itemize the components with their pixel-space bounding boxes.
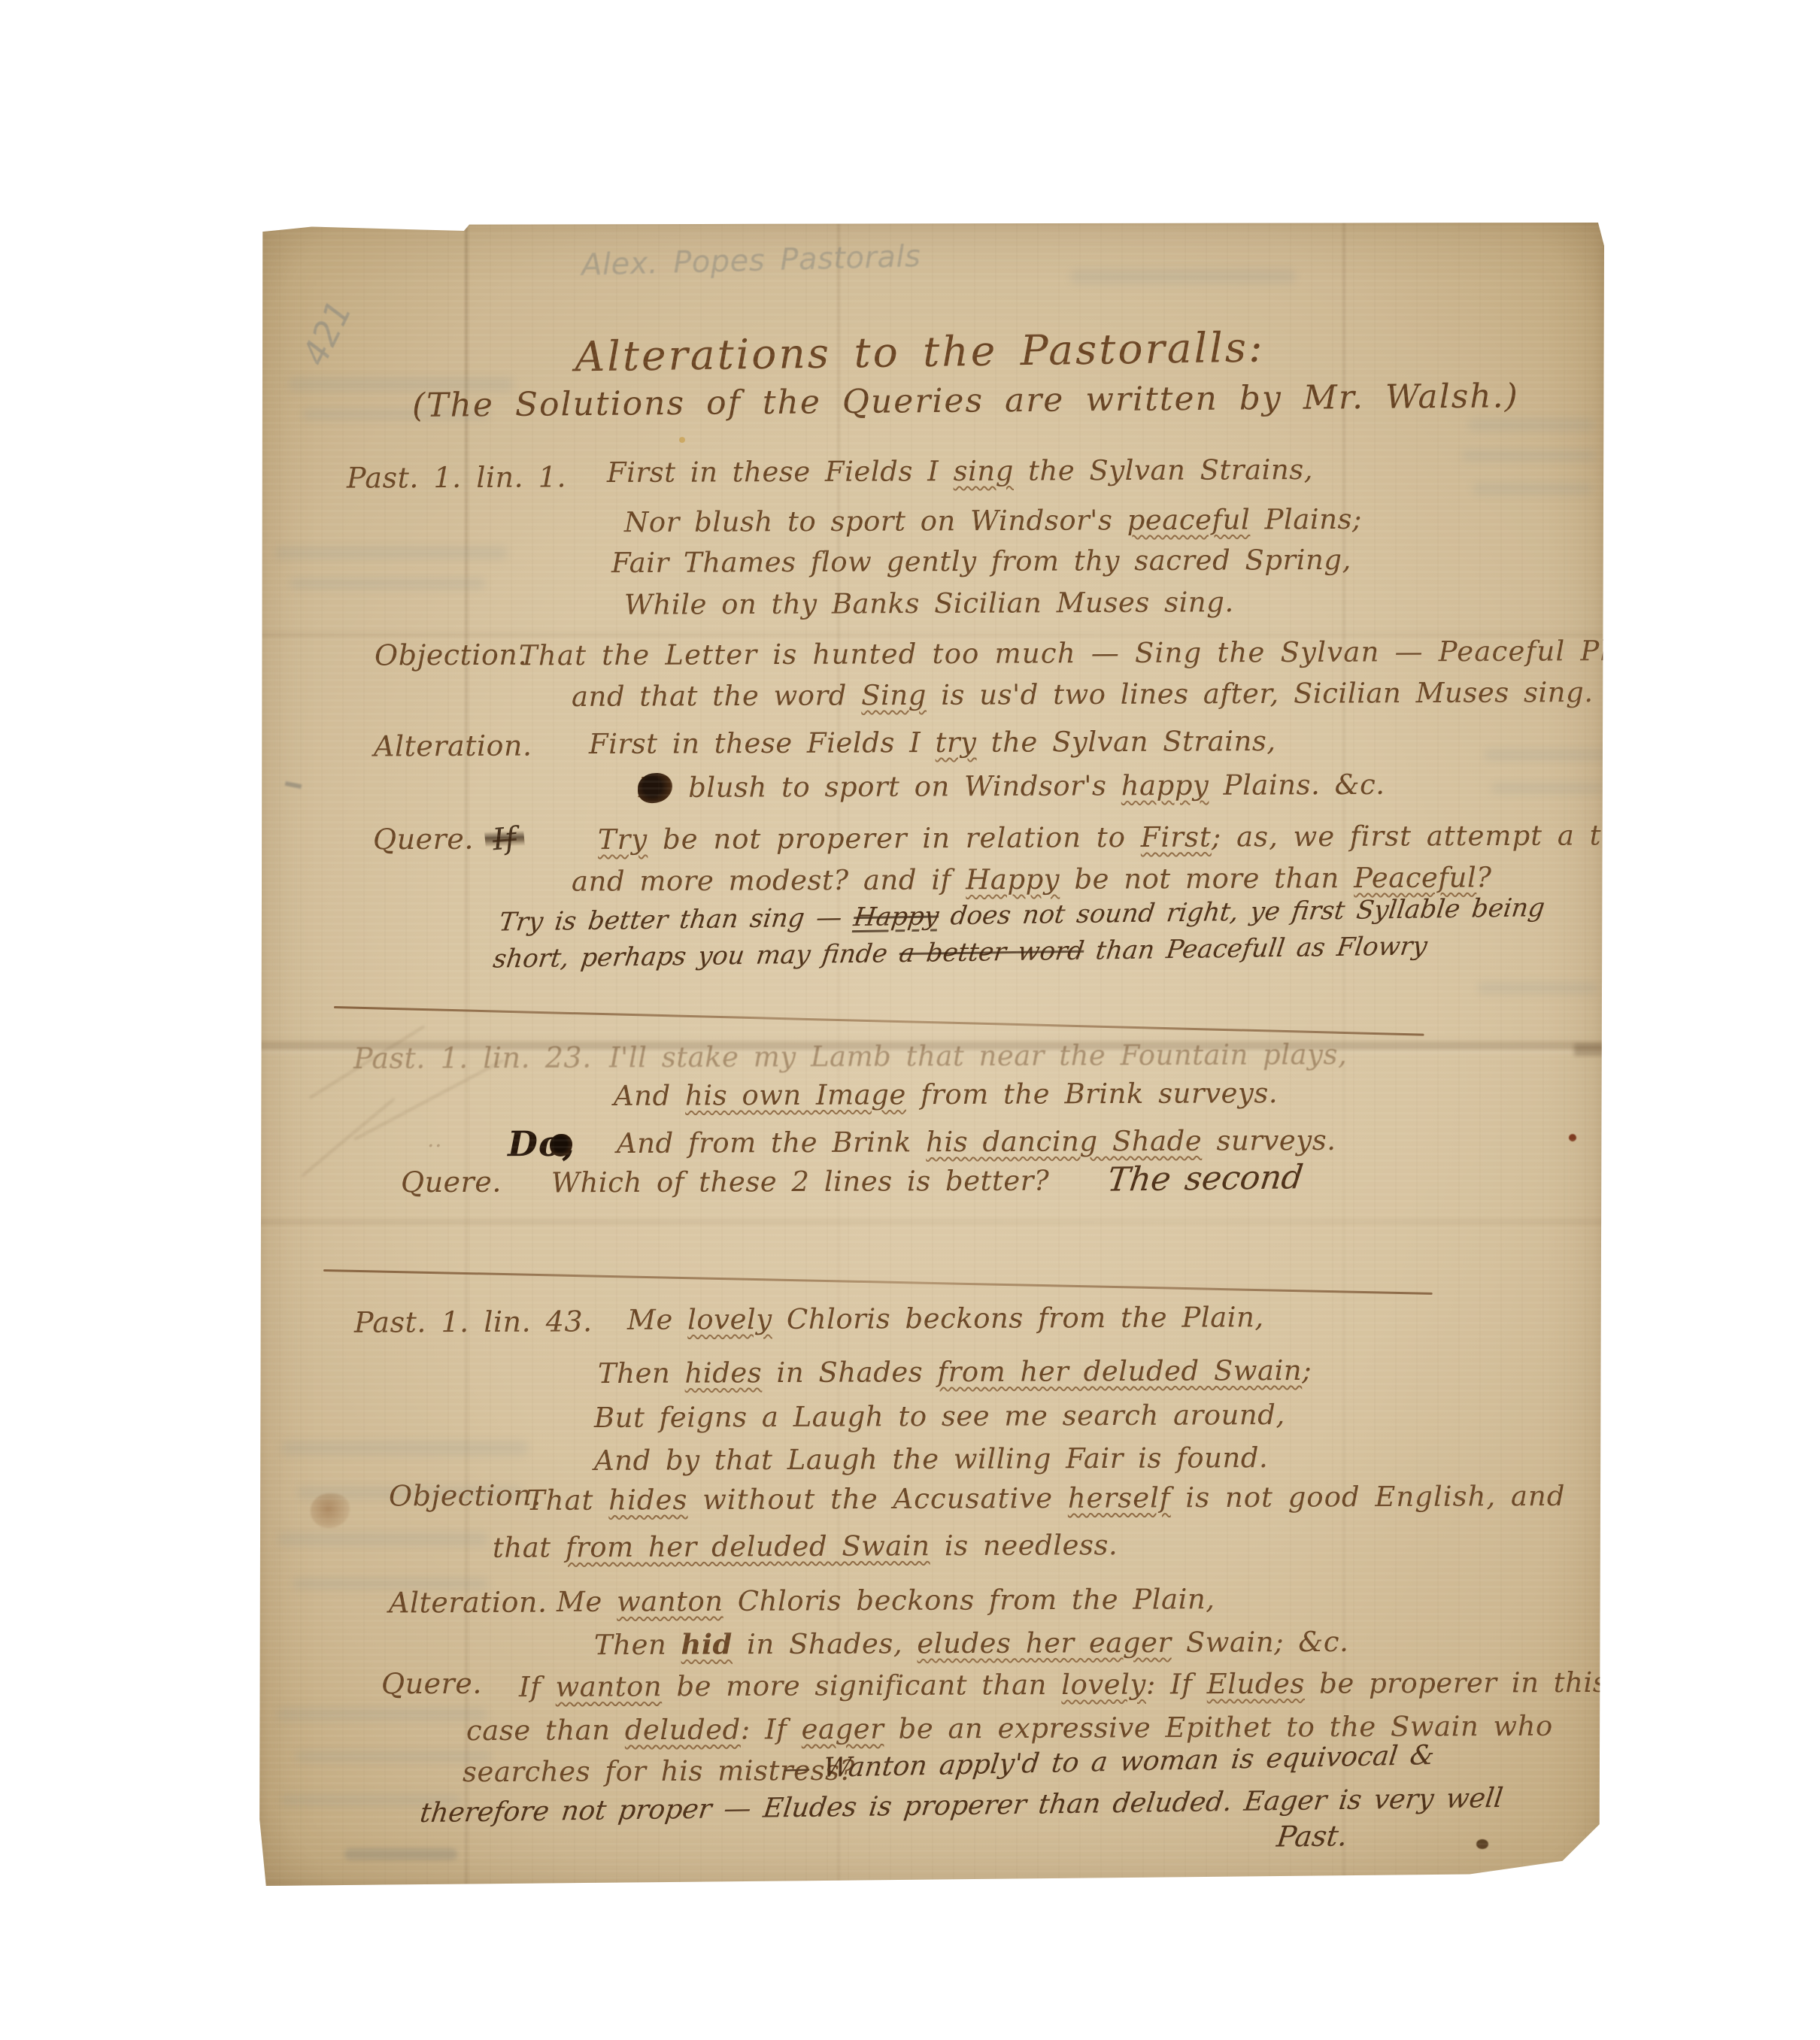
manuscript-subtitle: (The Solutions of the Queries are writte… (412, 379, 1458, 425)
text-segment: Alteration. (374, 729, 532, 763)
section-label: Alteration. (389, 1587, 548, 1620)
struck-underlined-word: Happy (852, 902, 941, 933)
underlined-word: wanton (617, 1585, 723, 1618)
handwritten-divider-rule (323, 1269, 1433, 1295)
text-segment: Quere. (401, 1165, 502, 1199)
text-segment: ; as, we first attempt a thing; (1212, 819, 1678, 853)
underlined-word: eager (802, 1713, 884, 1745)
text-segment: and that the word (572, 679, 861, 713)
folio-number: 421 (294, 294, 360, 372)
text-segment: ; (1302, 1354, 1312, 1387)
verse-line: Nor blush to sport on Windsor's peaceful… (624, 504, 1362, 539)
verse-line: First in these Fields I try the Sylvan S… (589, 726, 1276, 761)
text-segment: That (526, 1484, 608, 1517)
pencil-inscription: Alex. Popes Pastorals (581, 239, 921, 283)
text-segment: that (493, 1531, 566, 1563)
text-segment: Fair Thames flow gently from thy sacred … (611, 544, 1351, 579)
prose-line: and more modest? and if Happy be not mor… (572, 862, 1492, 898)
underlined-word: Try (598, 823, 648, 856)
show-through (1491, 783, 1604, 793)
walsh-reply-line: The second (1106, 1159, 1306, 1199)
verse-line: While on thy Banks Sicilian Muses sing. (624, 587, 1234, 621)
text-segment: case than (466, 1714, 625, 1747)
show-through (1473, 483, 1593, 495)
text-segment: I'll stake my Lamb that near the Fountai… (609, 1038, 1347, 1074)
show-through (275, 546, 508, 559)
ink-blot (638, 773, 672, 803)
manuscript-page: Alex. Popes Pastorals 421 Alterations to… (258, 223, 1604, 1886)
underlined-word: hid (681, 1627, 733, 1660)
text-segment: is needless. (930, 1529, 1118, 1562)
text-segment: be not properer in relation to (648, 821, 1141, 856)
show-through (1070, 269, 1296, 284)
underlined-word: happy (1121, 769, 1209, 802)
fold-crease (1574, 1044, 1604, 1056)
text-segment: in Shades, (733, 1627, 918, 1660)
text-segment: If (491, 821, 517, 858)
text-segment: Try is better than sing — (497, 902, 856, 938)
text-segment: 421 (294, 294, 360, 372)
text-segment: First in these Fields I (589, 726, 936, 760)
underlined-word: Peaceful (1354, 861, 1476, 894)
underlined-phrase: from her deluded Swain (937, 1354, 1302, 1388)
text-segment: Objection. (375, 638, 527, 672)
text-segment: And from the Brink (617, 1126, 926, 1159)
underlined-phrase: his dancing Shade (926, 1125, 1202, 1159)
stain (1476, 1839, 1488, 1849)
text-segment: — Wanton apply'd to a woman is equivocal… (781, 1740, 1436, 1784)
section-label: Objection. (389, 1480, 541, 1514)
text-segment: First in these Fields I (607, 455, 954, 489)
ditto-mark: ·· (427, 1134, 442, 1160)
verse-line: Me lovely Chloris beckons from the Plain… (627, 1302, 1264, 1336)
text-segment: Past. (1275, 1819, 1349, 1853)
stain (1569, 1134, 1576, 1141)
fold-crease (302, 1098, 395, 1177)
text-segment: Chloris beckons from the Plain, (723, 1583, 1215, 1617)
verse-line: First in these Fields I sing the Sylvan … (607, 454, 1313, 490)
text-segment: And by that Laugh the willing Fair is fo… (594, 1441, 1268, 1477)
struck-word: a better word (897, 936, 1086, 968)
stain (311, 1493, 350, 1528)
underlined-word: peaceful (1127, 504, 1251, 537)
text-segment: Alterations to the Pastoralls: (575, 323, 1265, 381)
underlined-word: lovely (687, 1303, 772, 1335)
show-through (1478, 982, 1598, 994)
text-segment: Objection. (389, 1479, 541, 1513)
text-segment: is us'd two lines after, Sicilian Muses … (927, 676, 1594, 711)
handwritten-divider-rule (334, 1006, 1424, 1036)
section-label: Objection. (375, 639, 527, 673)
underlined-word: Eludes (1207, 1668, 1305, 1701)
stain (679, 437, 685, 443)
pencil-mark (285, 781, 302, 789)
pencil-scribble (344, 1848, 457, 1860)
text-segment: Alteration. (389, 1586, 548, 1620)
text-segment: If (519, 1671, 556, 1703)
section-label: Past. 1. lin. 1. (347, 461, 566, 495)
prose-line: and that the word Sing is us'd two lines… (572, 677, 1594, 713)
text-segment: Past. 1. lin. 1. (347, 460, 566, 494)
underlined-phrase: from her deluded Swain (566, 1529, 930, 1563)
underlined-word: Happy (966, 863, 1060, 896)
underlined-word: wanton (555, 1670, 662, 1703)
text-segment: Me (557, 1586, 617, 1618)
underlined-phrase: his own Image (685, 1078, 906, 1111)
show-through (290, 577, 485, 590)
section-label: Quere. (381, 1668, 482, 1701)
show-through (1467, 418, 1595, 432)
text-segment: be an expressive Epithet to the Swain wh… (884, 1710, 1553, 1745)
text-segment: Plains. &c. (1209, 768, 1385, 802)
underlined-word: First (1141, 821, 1212, 853)
underlined-word: hides (608, 1484, 687, 1516)
text-segment: Past. 1. lin. 23. (353, 1041, 592, 1075)
underlined-word: sing (953, 455, 1014, 487)
verse-line: And by that Laugh the willing Fair is fo… (594, 1442, 1268, 1477)
text-segment: be more significant than (662, 1669, 1061, 1702)
verse-line: I'll stake my Lamb that near the Fountai… (609, 1039, 1347, 1075)
text-segment: While on thy Banks Sicilian Muses sing. (624, 586, 1234, 621)
show-through (277, 1708, 487, 1721)
walsh-reply-line: Try is better than sing — Happy does not… (497, 894, 1546, 937)
text-segment: and more modest? and if (572, 863, 966, 897)
verse-line: Then hid in Shades, eludes her eager Swa… (594, 1626, 1348, 1662)
section-label: Quere. (401, 1166, 502, 1199)
text-segment: Then (594, 1629, 681, 1662)
section-label: Past. 1. lin. 43. (354, 1305, 593, 1339)
underlined-word: deluded (625, 1714, 741, 1747)
walsh-reply-line: short, perhaps you may finde a better wo… (491, 932, 1428, 974)
text-segment: : If (741, 1713, 802, 1745)
show-through (281, 1441, 529, 1456)
prose-line: Try be not properer in relation to First… (598, 820, 1677, 856)
text-segment: from the Brink surveys. (906, 1077, 1278, 1111)
show-through (1484, 749, 1612, 761)
text-segment: Plains; (1250, 503, 1362, 536)
text-segment: does not sound right, ye first Syllable … (937, 893, 1547, 931)
verse-line: N blush to sport on Windsor's happy Plai… (639, 769, 1385, 805)
underlined-word: hides (684, 1356, 762, 1389)
prose-line: that from her deluded Swain is needless. (493, 1529, 1118, 1564)
verse-line: And from the Brink his dancing Shade sur… (617, 1125, 1336, 1160)
text-segment: without the Accusative (687, 1482, 1068, 1516)
prose-line: That the Letter is hunted too much — Sin… (519, 635, 1700, 672)
walsh-reply-line: — Wanton apply'd to a woman is equivocal… (781, 1741, 1436, 1784)
prose-line: That hides without the Accusative hersel… (526, 1481, 1566, 1517)
text-segment: Alex. Popes Pastorals (581, 239, 921, 283)
text-segment: Which of these 2 lines is better? (551, 1165, 1049, 1199)
text-segment: than Peacefull as Flowry (1082, 931, 1429, 965)
verse-line: Me wanton Chloris beckons from the Plain… (557, 1584, 1215, 1618)
text-segment: Then (598, 1357, 685, 1390)
text-segment: the Sylvan Strains, (976, 725, 1276, 759)
section-label: Quere. (373, 823, 474, 856)
text-segment: the Sylvan Strains, (1014, 453, 1313, 487)
show-through (1461, 450, 1597, 462)
struck-out-word: If (484, 820, 525, 858)
fold-crease (258, 1220, 1604, 1224)
text-segment: be properer in this (1305, 1666, 1607, 1700)
section-label: Past. 1. lin. 23. (353, 1041, 592, 1075)
photo-background: Alex. Popes Pastorals 421 Alterations to… (0, 0, 1820, 2040)
underlined-word: herself (1068, 1481, 1171, 1514)
text-segment: surveys. (1202, 1124, 1336, 1157)
underlined-word: try (935, 726, 976, 759)
text-segment: Past. 1. lin. 43. (354, 1305, 593, 1338)
text-segment: Quere. (381, 1667, 482, 1701)
verse-line: But feigns a Laugh to see me search arou… (594, 1399, 1285, 1435)
show-through (278, 1532, 488, 1546)
text-segment: blush to sport on Windsor's (674, 769, 1121, 804)
text-segment: The second (1106, 1158, 1306, 1199)
underlined-phrase: eludes her eager (917, 1626, 1171, 1660)
text-segment: is not good English, and (1171, 1480, 1566, 1514)
text-segment: That the Letter is hunted too much — Sin… (519, 635, 1700, 672)
verse-line: And his own Image from the Brink surveys… (614, 1078, 1278, 1112)
text-segment: Quere. (373, 823, 474, 856)
text-segment: in Shades (762, 1356, 937, 1389)
text-segment: Swain; &c. (1172, 1626, 1349, 1659)
section-label: Alteration. (374, 730, 532, 764)
text-segment: Me (627, 1303, 687, 1335)
manuscript-title: Alterations to the Pastoralls: (544, 324, 1297, 380)
text-segment: Nor blush to sport on Windsor's (624, 504, 1127, 538)
text-segment: And (614, 1080, 685, 1112)
prose-line: Which of these 2 lines is better? (551, 1165, 1049, 1199)
text-segment: be not more than (1060, 862, 1354, 896)
text-segment: (The Solutions of the Queries are writte… (412, 377, 1519, 425)
underlined-word: lovely (1061, 1669, 1146, 1701)
text-segment: : If (1146, 1668, 1207, 1700)
underlined-word: Sing (861, 679, 927, 711)
verse-line: Then hides in Shades from her deluded Sw… (598, 1355, 1312, 1390)
text-segment: Chloris beckons from the Plain, (772, 1301, 1264, 1335)
text-segment: ? (1476, 861, 1492, 893)
verse-line: Fair Thames flow gently from thy sacred … (611, 544, 1351, 580)
text-segment: short, perhaps you may finde (491, 938, 901, 975)
catchword: Past. (1275, 1820, 1349, 1853)
text-segment: But feigns a Laugh to see me search arou… (594, 1399, 1285, 1434)
prose-line: If wanton be more significant than lovel… (519, 1667, 1607, 1704)
